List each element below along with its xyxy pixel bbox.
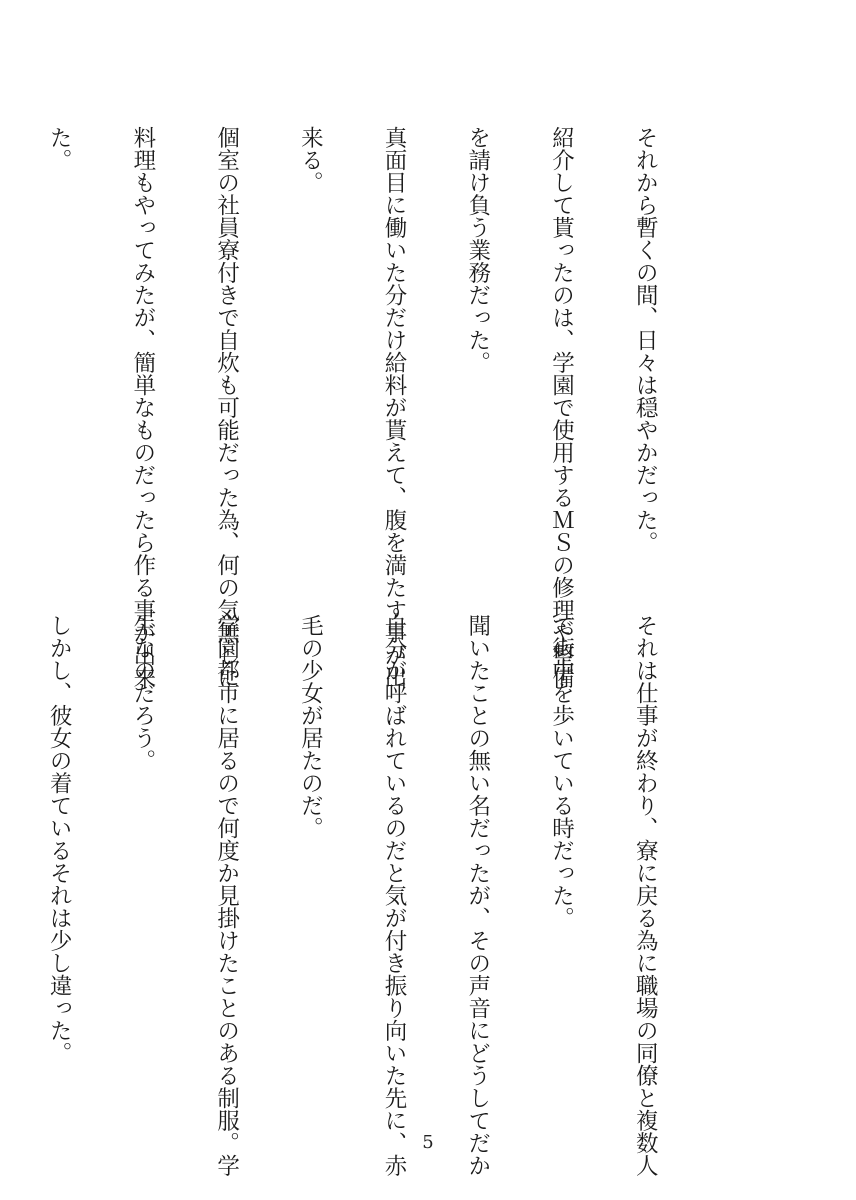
text-line: 学園都市に居るので何度か見掛けたことのある制服。学 (212, 614, 240, 1074)
text-block-upper: それから暫くの間、日々は穏やかだった。 紹介して貰ったのは、学園で使用するＭＳの… (114, 126, 714, 586)
text-line: 料理もやってみたが、簡単なものだったら作る事が出来 (128, 126, 156, 586)
text-line: それから暫くの間、日々は穏やかだった。 (630, 126, 658, 586)
text-line: 聞いたことの無い名だったが、その声音にどうしてだか (463, 614, 491, 1074)
text-line: 自分が呼ばれているのだと気が付き振り向いた先に、赤 (379, 614, 407, 1074)
text-line: 個室の社員寮付きで自炊も可能だった為、何の気無しに (212, 126, 240, 586)
text-block-lower: それは仕事が終わり、寮に戻る為に職場の同僚と複数人 で街中を歩いている時だった。… (114, 614, 714, 1074)
text-line: 紹介して貰ったのは、学園で使用するＭＳの修理や整備 (547, 126, 575, 586)
text-line: しかし、彼女の着ているそれは少し違った。 (44, 614, 72, 1074)
text-line: 真面目に働いた分だけ給料が貰えて、腹を満たす事が出 (379, 126, 407, 586)
text-line: それは仕事が終わり、寮に戻る為に職場の同僚と複数人 (630, 614, 658, 1074)
text-line: た。 (44, 126, 72, 586)
text-line: 来る。 (295, 126, 323, 586)
text-line: 生なのだろう。 (128, 614, 156, 1074)
text-line: 毛の少女が居たのだ。 (295, 614, 323, 1074)
page-number: 5 (0, 1132, 856, 1153)
document-page: それから暫くの間、日々は穏やかだった。 紹介して貰ったのは、学園で使用するＭＳの… (0, 0, 856, 1200)
text-line: で街中を歩いている時だった。 (547, 614, 575, 1074)
text-line: を請け負う業務だった。 (463, 126, 491, 586)
